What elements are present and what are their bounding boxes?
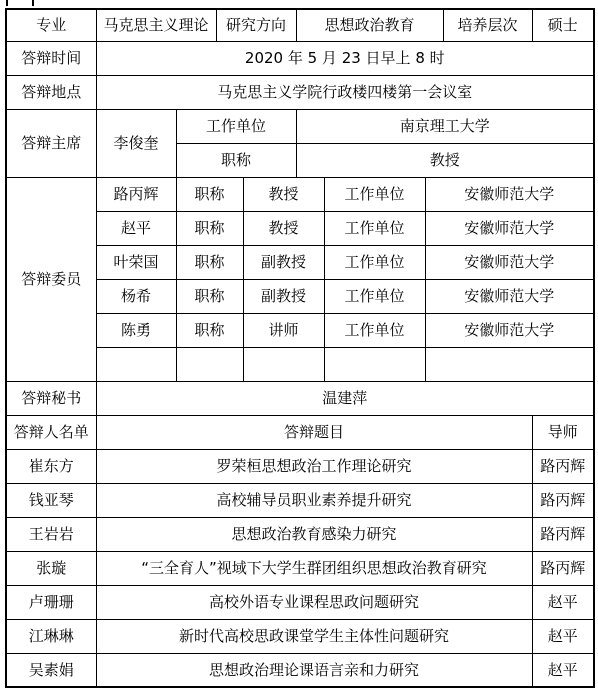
candidate-topic-cell: “三全育人”视域下大学生群团组织思想政治教育研究: [96, 551, 532, 585]
member-unit-cell-empty: [425, 347, 594, 381]
candidate-name-cell: 卢珊珊: [6, 585, 96, 619]
chair-label-cell: 答辩主席: [6, 109, 96, 177]
member-name-cell: 赵平: [96, 211, 176, 245]
defense-schedule-table: 专业 马克思主义理论 研究方向 思想政治教育 培养层次 硕士 答辩时间 2020…: [5, 8, 595, 688]
secretary-label-cell: 答辩秘书: [6, 381, 96, 415]
info-row: 专业 马克思主义理论 研究方向 思想政治教育 培养层次 硕士: [6, 9, 594, 41]
topic-label-cell: 答辩题目: [96, 415, 532, 449]
member-name-cell: 陈勇: [96, 313, 176, 347]
candidate-name-cell: 钱亚琴: [6, 483, 96, 517]
candidate-name-cell: 江琳琳: [6, 619, 96, 653]
member-name-cell: 叶荣国: [96, 245, 176, 279]
candidate-row: 卢珊珊 高校外语专业课程思政问题研究 赵平: [6, 585, 594, 619]
chair-unit-label-cell: 工作单位: [176, 109, 296, 143]
candidate-topic-cell: 高校辅导员职业素养提升研究: [96, 483, 532, 517]
direction-value-cell: 思想政治教育: [296, 9, 443, 41]
member-unit-cell: 安徽师范大学: [425, 279, 594, 313]
candidate-topic-cell: 新时代高校思政课堂学生主体性问题研究: [96, 619, 532, 653]
member-unit-label-cell: 工作单位: [324, 313, 425, 347]
member-title-label-cell: 职称: [176, 245, 243, 279]
member-title-cell: 讲师: [243, 313, 324, 347]
secretary-value-cell: 温建萍: [96, 381, 594, 415]
chair-unit-row: 答辩主席 李俊奎 工作单位 南京理工大学: [6, 109, 594, 143]
major-label-cell: 专业: [6, 9, 96, 41]
direction-label-cell: 研究方向: [216, 9, 296, 41]
candidate-topic-cell: 思想政治教育感染力研究: [96, 517, 532, 551]
candidate-name-cell: 崔东方: [6, 449, 96, 483]
member-title-label-cell: 职称: [176, 279, 243, 313]
member-unit-cell: 安徽师范大学: [425, 211, 594, 245]
candidate-row: 吴素娟 思想政治理论课语言亲和力研究 赵平: [6, 653, 594, 687]
candidate-supervisor-cell: 赵平: [532, 619, 594, 653]
member-title-label-cell: 职称: [176, 177, 243, 211]
committee-label-cell: 答辩委员: [6, 177, 96, 381]
supervisor-label-cell: 导师: [532, 415, 594, 449]
member-unit-label-cell: 工作单位: [324, 177, 425, 211]
committee-member-row: 答辩委员 路丙辉 职称 教授 工作单位 安徽师范大学: [6, 177, 594, 211]
candidate-name-cell: 张璇: [6, 551, 96, 585]
major-value-cell: 马克思主义理论: [96, 9, 216, 41]
member-unit-label-cell-empty: [324, 347, 425, 381]
venue-label-cell: 答辩地点: [6, 75, 96, 109]
member-unit-cell: 安徽师范大学: [425, 177, 594, 211]
candidate-supervisor-cell: 路丙辉: [532, 483, 594, 517]
level-value-cell: 硕士: [532, 9, 594, 41]
time-value-cell: 2020 年 5 月 23 日早上 8 时: [96, 41, 594, 75]
member-title-label-cell-empty: [176, 347, 243, 381]
candidate-supervisor-cell: 路丙辉: [532, 449, 594, 483]
member-title-label-cell: 职称: [176, 313, 243, 347]
member-unit-cell: 安徽师范大学: [425, 313, 594, 347]
candidate-row: 王岩岩 思想政治教育感染力研究 路丙辉: [6, 517, 594, 551]
candidate-row: 江琳琳 新时代高校思政课堂学生主体性问题研究 赵平: [6, 619, 594, 653]
candidate-supervisor-cell: 赵平: [532, 653, 594, 687]
candidates-label-cell: 答辩人名单: [6, 415, 96, 449]
member-unit-label-cell: 工作单位: [324, 245, 425, 279]
candidate-row: 张璇 “三全育人”视域下大学生群团组织思想政治教育研究 路丙辉: [6, 551, 594, 585]
chair-unit-value-cell: 南京理工大学: [296, 109, 594, 143]
chair-name-cell: 李俊奎: [96, 109, 176, 177]
level-label-cell: 培养层次: [443, 9, 532, 41]
secretary-row: 答辩秘书 温建萍: [6, 381, 594, 415]
member-unit-cell: 安徽师范大学: [425, 245, 594, 279]
candidate-name-cell: 王岩岩: [6, 517, 96, 551]
candidate-topic-cell: 高校外语专业课程思政问题研究: [96, 585, 532, 619]
candidate-name-cell: 吴素娟: [6, 653, 96, 687]
candidate-supervisor-cell: 赵平: [532, 585, 594, 619]
member-name-cell: 路丙辉: [96, 177, 176, 211]
candidate-supervisor-cell: 路丙辉: [532, 551, 594, 585]
time-row: 答辩时间 2020 年 5 月 23 日早上 8 时: [6, 41, 594, 75]
crop-artifact-line: [32, 0, 34, 6]
member-title-cell-empty: [243, 347, 324, 381]
venue-value-cell: 马克思主义学院行政楼四楼第一会议室: [96, 75, 594, 109]
candidate-topic-cell: 思想政治理论课语言亲和力研究: [96, 653, 532, 687]
member-title-cell: 副教授: [243, 245, 324, 279]
member-title-label-cell: 职称: [176, 211, 243, 245]
crop-artifact-line: [6, 0, 8, 6]
member-unit-label-cell: 工作单位: [324, 211, 425, 245]
chair-title-value-cell: 教授: [296, 143, 594, 177]
member-title-cell: 教授: [243, 177, 324, 211]
candidate-row: 崔东方 罗荣桓思想政治工作理论研究 路丙辉: [6, 449, 594, 483]
venue-row: 答辩地点 马克思主义学院行政楼四楼第一会议室: [6, 75, 594, 109]
time-label-cell: 答辩时间: [6, 41, 96, 75]
member-title-cell: 副教授: [243, 279, 324, 313]
candidate-header-row: 答辩人名单 答辩题目 导师: [6, 415, 594, 449]
member-name-cell-empty: [96, 347, 176, 381]
member-name-cell: 杨希: [96, 279, 176, 313]
candidate-topic-cell: 罗荣桓思想政治工作理论研究: [96, 449, 532, 483]
chair-title-label-cell: 职称: [176, 143, 296, 177]
candidate-row: 钱亚琴 高校辅导员职业素养提升研究 路丙辉: [6, 483, 594, 517]
member-unit-label-cell: 工作单位: [324, 279, 425, 313]
member-title-cell: 教授: [243, 211, 324, 245]
candidate-supervisor-cell: 路丙辉: [532, 517, 594, 551]
